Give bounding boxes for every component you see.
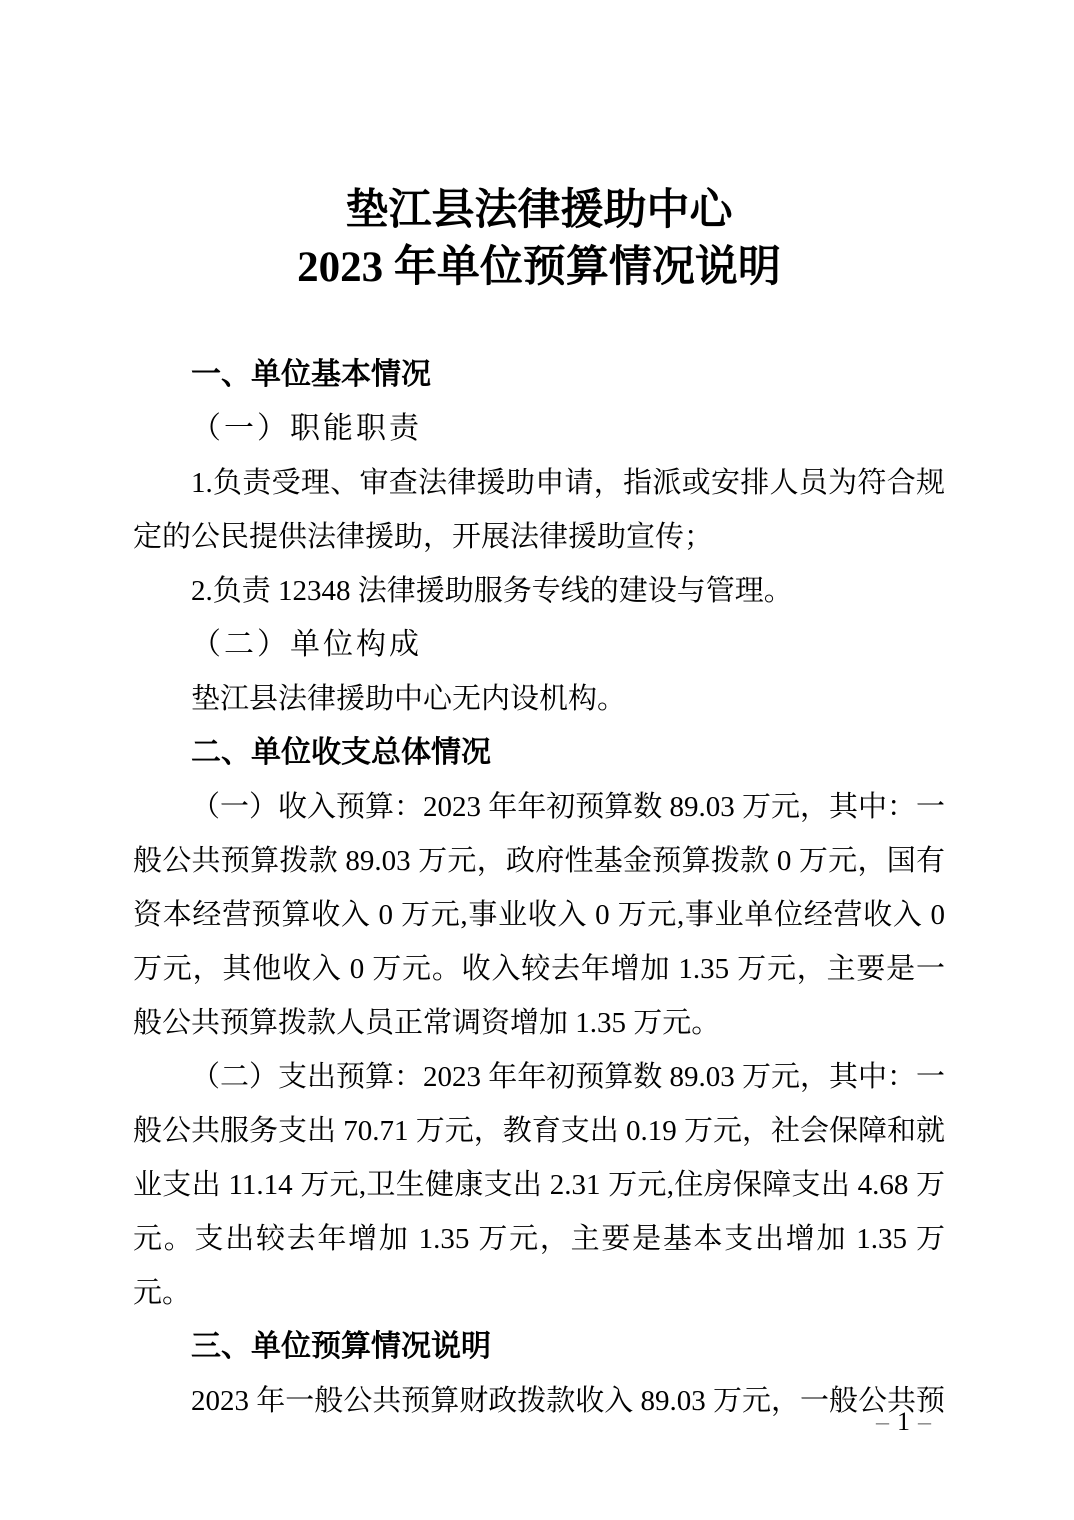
page-number-value: 1 [897,1407,910,1436]
title-line-1: 垫江县法律援助中心 [133,182,945,239]
paragraph-duty-1: 1.负责受理、审查法律援助申请，指派或安排人员为符合规定的公民提供法律援助，开展… [133,456,945,564]
section-heading-3: 三、单位预算情况说明 [133,1320,945,1374]
paragraph-duty-2: 2.负责 12348 法律援助服务专线的建设与管理。 [133,564,945,618]
section-heading-1: 一、单位基本情况 [133,348,945,402]
subsection-heading-1-2: （二）单位构成 [133,618,945,672]
page-number-right-dash: – [910,1407,939,1436]
document-page: 垫江县法律援助中心 2023 年单位预算情况说明 一、单位基本情况 （一）职能职… [0,0,1074,1520]
paragraph-expenditure-budget: （二）支出预算：2023 年年初预算数 89.03 万元，其中：一般公共服务支出… [133,1050,945,1320]
paragraph-budget-explanation: 2023 年一般公共预算财政拨款收入 89.03 万元，一般公共预 [133,1374,945,1428]
page-number-left-dash: – [868,1407,897,1436]
page-number: –1– [868,1406,939,1438]
title-line-2: 2023 年单位预算情况说明 [133,239,945,296]
subsection-heading-1-1: （一）职能职责 [133,402,945,456]
document-title: 垫江县法律援助中心 2023 年单位预算情况说明 [133,182,945,296]
paragraph-income-budget: （一）收入预算：2023 年年初预算数 89.03 万元，其中：一般公共预算拨款… [133,780,945,1050]
document-content: 垫江县法律援助中心 2023 年单位预算情况说明 一、单位基本情况 （一）职能职… [133,182,945,1428]
section-heading-2: 二、单位收支总体情况 [133,726,945,780]
paragraph-unit-structure: 垫江县法律援助中心无内设机构。 [133,672,945,726]
